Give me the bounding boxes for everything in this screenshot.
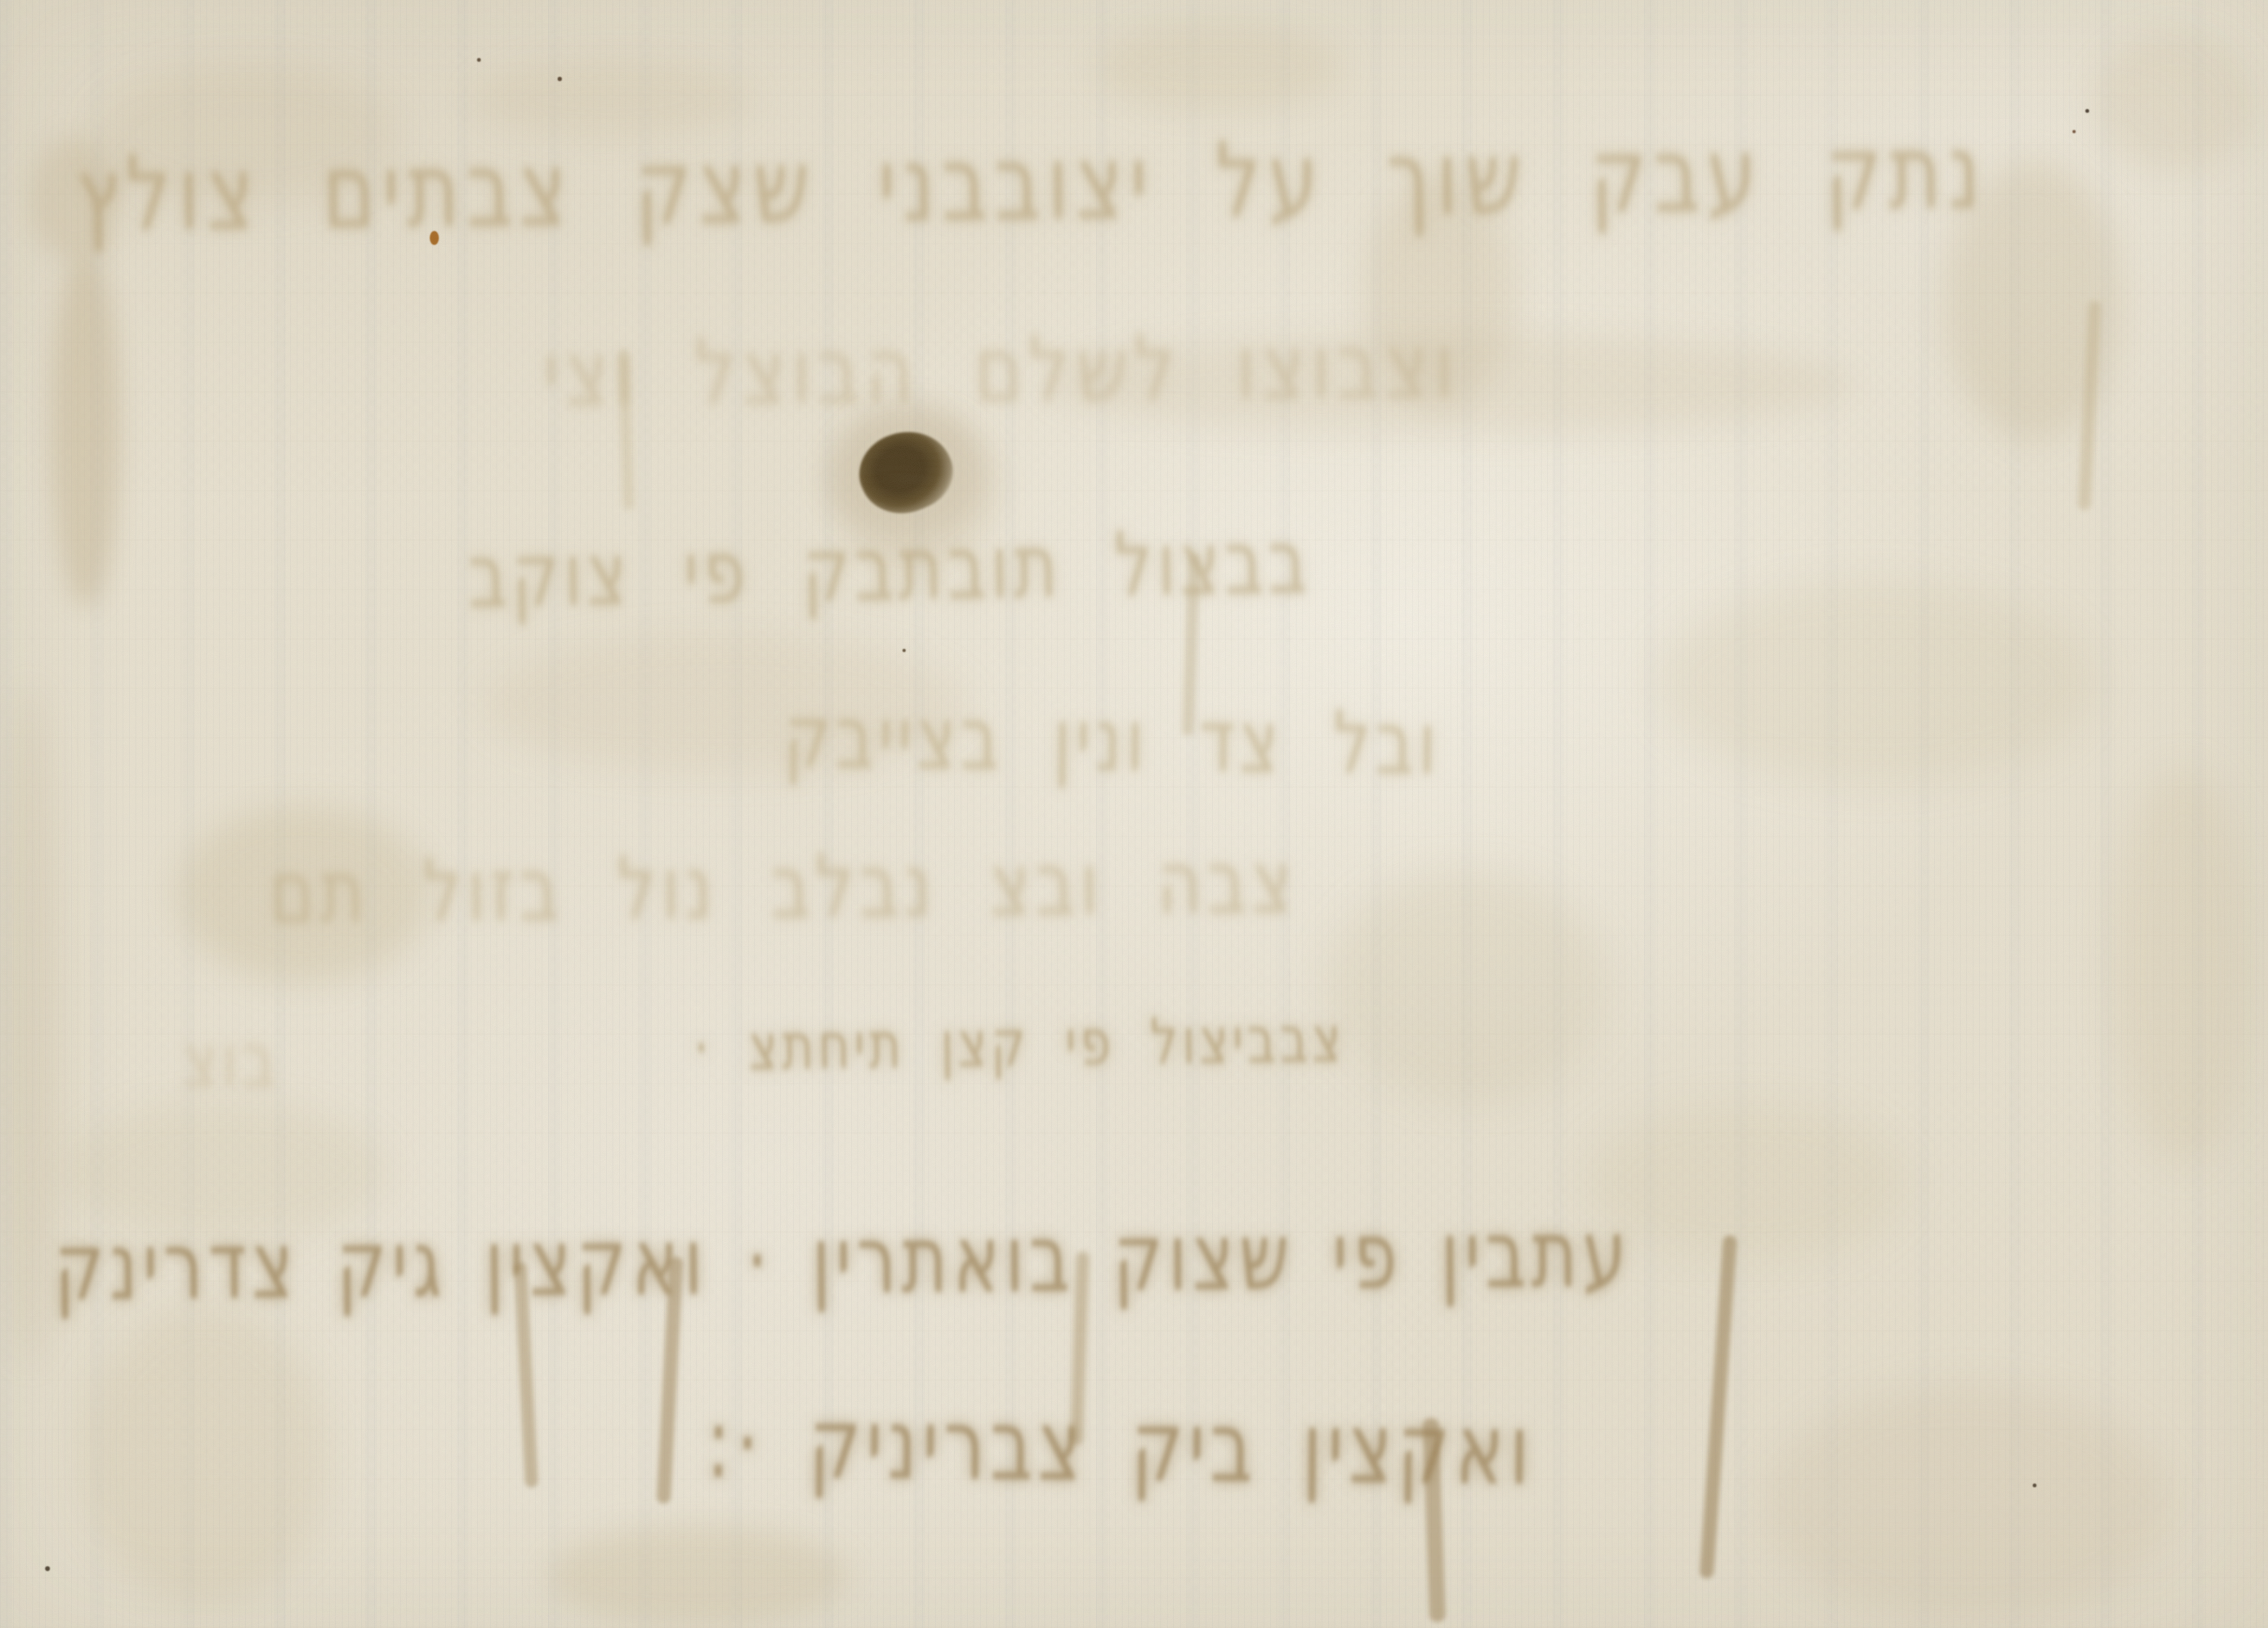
paper-stain: [51, 252, 121, 607]
pen-descender-stroke: [1422, 1417, 1446, 1622]
paper-stain: [827, 408, 999, 569]
manuscript-text-line-3: בבצול תובתבק פי צוקב: [467, 518, 1312, 621]
paper-stain: [1327, 870, 1606, 1101]
ink-speck: [430, 231, 439, 245]
laid-paper-texture: [0, 0, 2268, 1628]
paper-stain: [473, 59, 752, 140]
manuscript-text-line-5: צבה ובצ נבלב נול בזול תם: [269, 839, 1297, 936]
manuscript-text-line-7: בוצ: [183, 1024, 279, 1098]
paper-stain: [1762, 1386, 2170, 1622]
manuscript-text-line-8: עתבין פי שצוק בואתרין · ואקצין גיק צדרינ…: [54, 1206, 1632, 1314]
pen-descender-stroke: [514, 1262, 538, 1488]
ink-speck: [2033, 1484, 2036, 1487]
ink-speck: [477, 58, 481, 62]
paper-stain: [1945, 161, 2122, 440]
pen-descender-stroke: [1699, 1235, 1737, 1579]
paper-grain-texture: [0, 0, 2268, 1628]
paper-stain: [2095, 32, 2256, 172]
ink-speck: [45, 1566, 50, 1571]
paper-stain: [1048, 333, 1853, 435]
paper-stain: [1096, 21, 1343, 113]
pen-descender-stroke: [1182, 553, 1200, 736]
ink-blot-halo: [827, 402, 984, 542]
ink-blot: [847, 417, 964, 528]
manuscript-page: נתק עבק שוך על יצובבני שצק צבתים צולץוצב…: [0, 0, 2268, 1628]
paper-stain: [0, 688, 59, 1364]
manuscript-text-line-2: וצבוצו לשלם הבוצל וצי: [543, 321, 1460, 419]
manuscript-text-line-1: נתק עבק שוך על יצובבני שצק צבתים צולץ: [75, 121, 1987, 247]
paper-stain: [548, 1525, 849, 1627]
paper-stain: [30, 137, 121, 261]
manuscript-text-line-9: ואקצין ביק צבריניק ·:: [705, 1394, 1535, 1500]
ink-speck: [558, 77, 562, 81]
paper-stain: [483, 634, 967, 773]
paper-stain: [97, 64, 398, 204]
ink-speck: [2072, 130, 2076, 133]
paper-stain: [2111, 768, 2256, 1166]
pen-descender-stroke: [1070, 1251, 1089, 1445]
pen-descender-stroke: [656, 1256, 683, 1504]
manuscript-text-line-4: ובל צד ונין בצייבק: [783, 694, 1441, 787]
ink-speck: [2085, 109, 2089, 113]
pen-descender-stroke: [2078, 300, 2101, 510]
paper-stain: [177, 806, 430, 983]
manuscript-text-line-6: צבביצול פי קצן תיחתצ ·: [693, 1007, 1345, 1081]
paper-stain: [1585, 1101, 1907, 1262]
pen-descender-stroke: [618, 349, 634, 511]
paper-stain: [1655, 580, 2095, 784]
ink-speck: [902, 649, 906, 652]
paper-stain: [64, 1101, 387, 1241]
paper-stain: [1364, 177, 1515, 408]
paper-stain: [81, 1305, 328, 1606]
